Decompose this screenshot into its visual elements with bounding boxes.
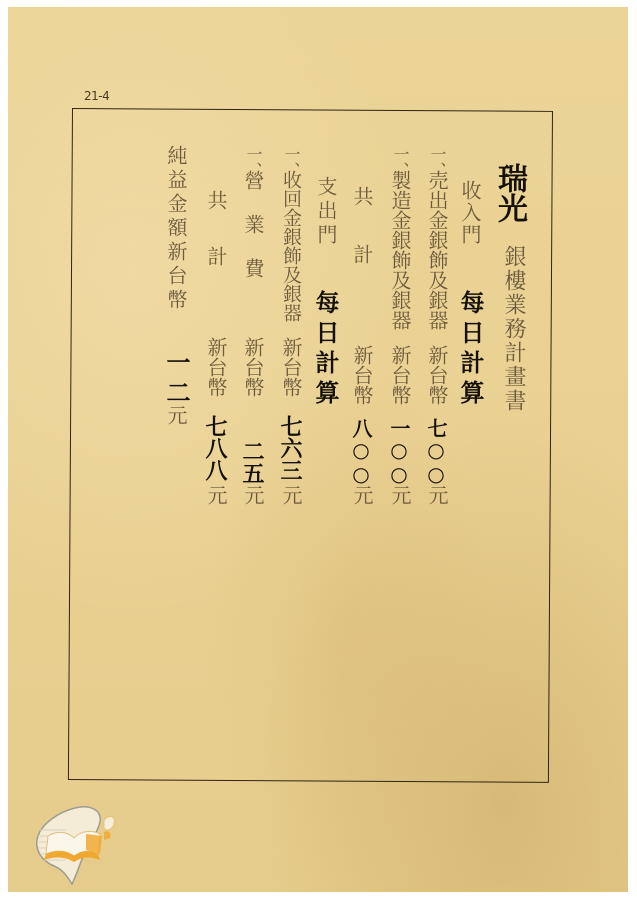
expense-item-1-label: 收回金銀飾及銀器 xyxy=(281,170,300,322)
expense-item-1-unit: 元 xyxy=(281,485,301,505)
net-profit-label: 純益金額新台幣 xyxy=(166,145,186,313)
document-subtitle: 銀樓業務計畫書 xyxy=(502,245,524,413)
company-name: 瑞光 xyxy=(494,163,524,223)
net-profit-unit: 元 xyxy=(166,405,186,425)
income-item-2-amount: 一○○ xyxy=(389,418,409,486)
expense-heading: 支出門 xyxy=(316,176,336,248)
expense-item-1-amount: 七六三 xyxy=(279,415,301,481)
expense-total-currency: 新台幣 xyxy=(206,337,226,397)
income-basis: 每日計算 xyxy=(458,290,482,410)
expense-item-2-unit: 元 xyxy=(243,485,263,505)
income-total-unit: 元 xyxy=(352,485,372,505)
income-total-currency: 新台幣 xyxy=(352,345,372,405)
expense-basis: 每日計算 xyxy=(313,290,337,410)
expense-total-unit: 元 xyxy=(206,485,226,505)
income-item-1-unit: 元 xyxy=(427,485,447,505)
income-item-1-amount: 七○○ xyxy=(426,418,446,486)
expense-total-label: 共計 xyxy=(206,190,226,302)
expense-item-2-currency: 新台幣 xyxy=(243,337,263,397)
expense-item-2-amount: 二五 xyxy=(241,440,263,484)
net-profit-amount: 一二 xyxy=(164,350,188,410)
expense-total-amount: 七八八 xyxy=(204,415,226,481)
income-total-label: 共計 xyxy=(352,186,372,302)
income-item-2-currency: 新台幣 xyxy=(390,345,410,405)
income-item-1-label: 売出金銀飾及銀器 xyxy=(427,170,447,330)
income-item-1-currency: 新台幣 xyxy=(427,345,447,405)
income-total-amount: 八○○ xyxy=(351,418,371,486)
page-number: 21-4 xyxy=(84,89,109,103)
income-item-2-unit: 元 xyxy=(390,485,410,505)
archive-logo-icon xyxy=(20,800,120,890)
expense-item-1-currency: 新台幣 xyxy=(281,337,301,397)
income-item-2-label: 製造金銀飾及銀器 xyxy=(390,170,410,330)
income-heading: 收入門 xyxy=(460,180,480,246)
expense-item-2-label: 營業費 xyxy=(243,170,263,302)
